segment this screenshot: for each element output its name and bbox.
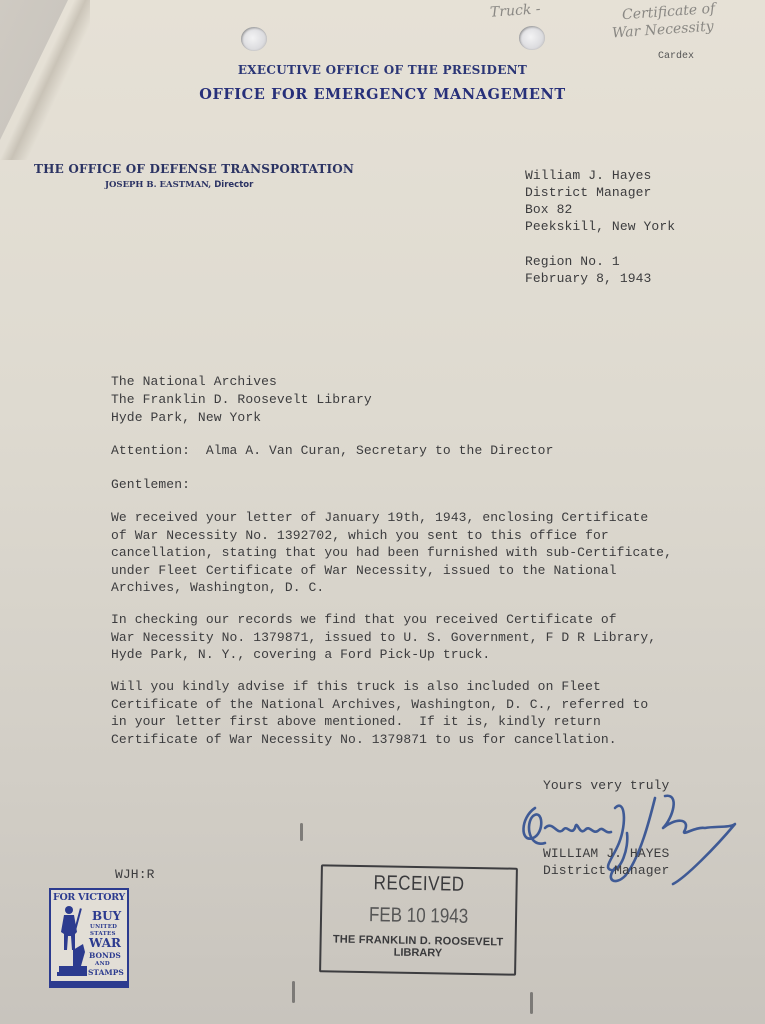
typed-title: District Manager [543,862,669,880]
stamp-received-label: RECEIVED [322,870,515,897]
body-paragraph-3: Will you kindly advise if this truck is … [111,678,701,748]
punch-hole-right [519,26,545,50]
letterhead-agency: THE OFFICE OF DEFENSE TRANSPORTATION [34,162,354,176]
body-line: cancellation, stating that you had been … [111,544,701,562]
stamp-date: FEB 10 1943 [322,902,515,929]
body-line: Certificate of War Necessity No. 1379871… [111,731,701,749]
director-title: Director [214,180,253,190]
body-line: Certificate of the National Archives, Wa… [111,696,701,714]
bond-bonds: BONDS [89,951,121,960]
body-line: War Necessity No. 1379871, issued to U. … [111,629,701,647]
body-line: Archives, Washington, D. C. [111,579,701,597]
bond-header: FOR VICTORY [53,892,125,903]
recipient-line3: Hyde Park, New York [111,409,261,427]
body-line: of War Necessity No. 1392702, which you … [111,527,701,545]
bond-buy: BUY [92,909,121,923]
letterhead-office-emergency-management: OFFICE FOR EMERGENCY MANAGEMENT [0,86,765,103]
body-paragraph-2: In checking our records we find that you… [111,611,701,664]
war-bond-stamp: FOR VICTORY BUY UNITED STATES WAR BONDS … [49,888,129,988]
recipient-line2: The Franklin D. Roosevelt Library [111,391,372,409]
staple-mark [300,823,303,841]
letter-date: February 8, 1943 [525,270,651,288]
body-paragraph-1: We received your letter of January 19th,… [111,509,701,597]
handwritten-note-truck: Truck - [490,1,542,20]
body-line: Will you kindly advise if this truck is … [111,678,701,696]
bond-united: UNITED [90,924,117,930]
sender-box: Box 82 [525,201,572,219]
typed-name: WILLIAM J. HAYES [543,845,669,863]
attention-line: Attention: Alma A. Van Curan, Secretary … [111,442,553,460]
sender-region: Region No. 1 [525,253,620,271]
sender-city: Peekskill, New York [525,218,675,236]
typist-initials: WJH:R [115,866,155,884]
bond-stamps: STAMPS [88,968,124,977]
letterhead-director: JOSEPH B. EASTMAN, Director [105,180,253,190]
body-line: under Fleet Certificate of War Necessity… [111,562,701,580]
body-line: in your letter first above mentioned. If… [111,713,701,731]
minuteman-statue-icon [55,904,87,978]
received-stamp: RECEIVED FEB 10 1943 THE FRANKLIN D. ROO… [319,864,518,975]
body-line: In checking our records we find that you… [111,611,701,629]
salutation: Gentlemen: [111,476,190,494]
recipient-line1: The National Archives [111,373,277,391]
cardex-mark: Cardex [658,51,694,62]
bond-war: WAR [89,936,121,950]
staple-mark [530,992,533,1014]
letterhead-executive-office: EXECUTIVE OFFICE OF THE PRESIDENT [0,63,765,77]
body-line: Hyde Park, N. Y., covering a Ford Pick-U… [111,646,701,664]
bond-base-bar [51,981,127,986]
punch-hole-left [241,27,267,51]
sender-title: District Manager [525,184,651,202]
director-name: JOSEPH B. EASTMAN, [105,180,211,190]
bond-and: AND [95,961,110,967]
sender-name: William J. Hayes [525,167,651,185]
staple-mark [292,981,295,1003]
body-line: We received your letter of January 19th,… [111,509,701,527]
